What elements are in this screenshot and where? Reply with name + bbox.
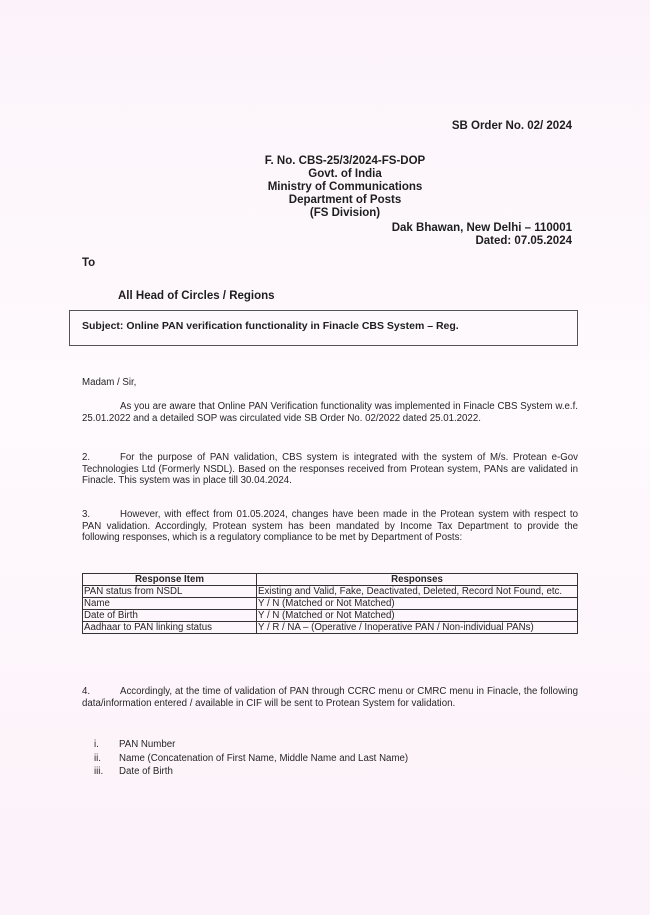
list-number: i. — [94, 738, 119, 752]
response-item: PAN status from NSDL — [83, 586, 257, 598]
address-location: Dak Bhawan, New Delhi – 110001 — [392, 222, 572, 235]
order-number: SB Order No. 02/ 2024 — [452, 120, 572, 132]
response-values: Existing and Valid, Fake, Deactivated, D… — [257, 586, 578, 598]
paragraph-text: However, with effect from 01.05.2024, ch… — [82, 509, 578, 543]
paragraph-text: As you are aware that Online PAN Verific… — [82, 401, 578, 424]
sender-address: Dak Bhawan, New Delhi – 110001 Dated: 07… — [392, 222, 572, 248]
response-values: Y / N (Matched or Not Matched) — [257, 598, 578, 610]
paragraph-number: 4. — [82, 686, 108, 698]
order-date: Dated: 07.05.2024 — [392, 235, 572, 248]
response-values: Y / R / NA – (Operative / Inoperative PA… — [257, 622, 578, 634]
govt-label: Govt. of India — [225, 168, 465, 181]
response-item: Date of Birth — [83, 610, 257, 622]
table-row: Aadhaar to PAN linking status Y / R / NA… — [83, 622, 578, 634]
subject-text: Subject: Online PAN verification functio… — [82, 320, 459, 332]
list-item: i. PAN Number — [94, 738, 408, 752]
column-header: Response Item — [83, 574, 257, 586]
division-label: (FS Division) — [225, 207, 465, 220]
salutation: Madam / Sir, — [82, 377, 136, 389]
subject-box: Subject: Online PAN verification functio… — [69, 310, 578, 346]
file-number: F. No. CBS-25/3/2024-FS-DOP — [225, 155, 465, 168]
letterhead: F. No. CBS-25/3/2024-FS-DOP Govt. of Ind… — [225, 155, 465, 220]
paragraph-1: As you are aware that Online PAN Verific… — [82, 401, 578, 424]
paragraph-text: For the purpose of PAN validation, CBS s… — [82, 452, 578, 486]
table-row: PAN status from NSDL Existing and Valid,… — [83, 586, 578, 598]
list-item: ii. Name (Concatenation of First Name, M… — [94, 752, 408, 766]
list-item: iii. Date of Birth — [94, 765, 408, 779]
response-item: Aadhaar to PAN linking status — [83, 622, 257, 634]
column-header: Responses — [257, 574, 578, 586]
paragraph-text: Accordingly, at the time of validation o… — [82, 686, 578, 709]
list-text: PAN Number — [119, 738, 175, 752]
paragraph-2: 2.For the purpose of PAN validation, CBS… — [82, 452, 578, 487]
paragraph-4: 4.Accordingly, at the time of validation… — [82, 686, 578, 709]
response-table: Response Item Responses PAN status from … — [82, 573, 578, 634]
table-row: Name Y / N (Matched or Not Matched) — [83, 598, 578, 610]
department-label: Department of Posts — [225, 194, 465, 207]
list-text: Date of Birth — [119, 765, 173, 779]
addressee: All Head of Circles / Regions — [118, 290, 275, 302]
to-label: To — [82, 257, 95, 269]
validation-field-list: i. PAN Number ii. Name (Concatenation of… — [94, 738, 408, 779]
table-header-row: Response Item Responses — [83, 574, 578, 586]
paragraph-number: 2. — [82, 452, 108, 464]
ministry-label: Ministry of Communications — [225, 181, 465, 194]
response-values: Y / N (Matched or Not Matched) — [257, 610, 578, 622]
paragraph-number: 3. — [82, 509, 108, 521]
list-number: ii. — [94, 752, 119, 766]
table-row: Date of Birth Y / N (Matched or Not Matc… — [83, 610, 578, 622]
list-text: Name (Concatenation of First Name, Middl… — [119, 752, 408, 766]
paragraph-3: 3.However, with effect from 01.05.2024, … — [82, 509, 578, 544]
response-item: Name — [83, 598, 257, 610]
list-number: iii. — [94, 765, 119, 779]
